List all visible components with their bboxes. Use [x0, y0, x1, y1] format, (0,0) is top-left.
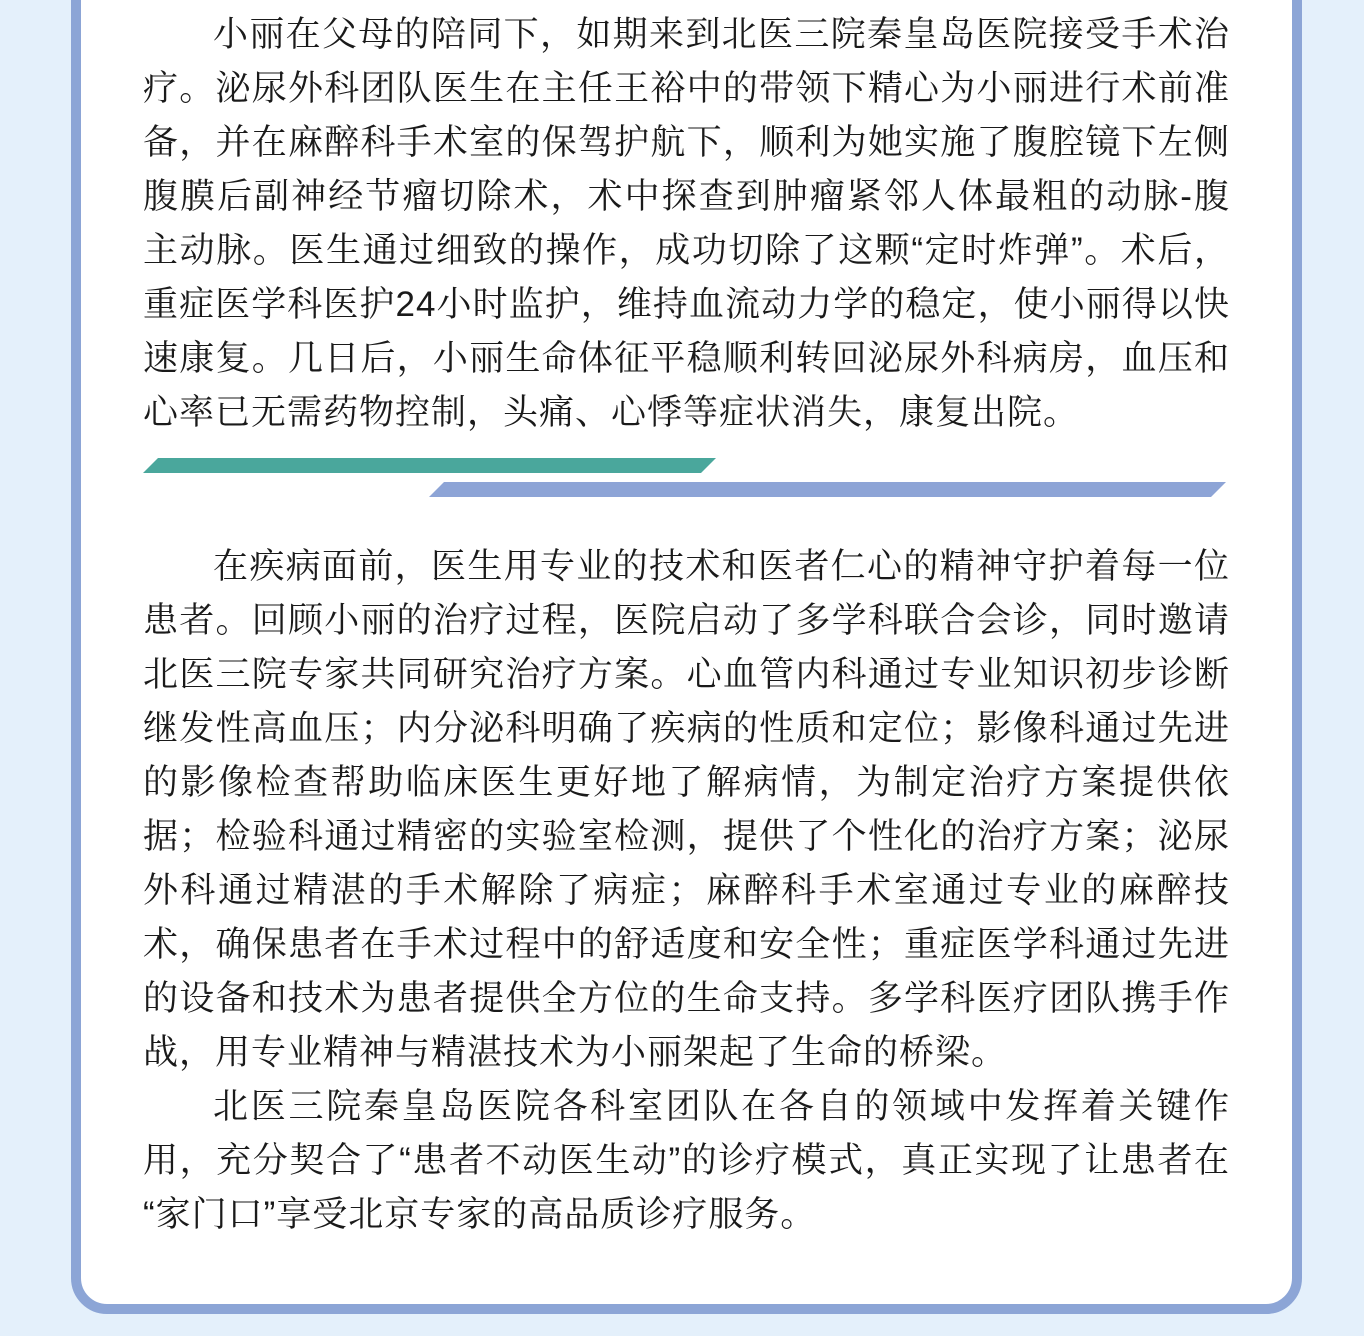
article-page: 小丽在父母的陪同下，如期来到北医三院秦皇岛医院接受手术治疗。泌尿外科团队医生在主… [0, 0, 1364, 1336]
section-divider [143, 458, 1230, 497]
paragraph-surgery-story: 小丽在父母的陪同下，如期来到北医三院秦皇岛医院接受手术治疗。泌尿外科团队医生在主… [143, 8, 1230, 440]
article-content: 小丽在父母的陪同下，如期来到北医三院秦皇岛医院接受手术治疗。泌尿外科团队医生在主… [81, 0, 1292, 1304]
divider-blue-bar [429, 482, 1226, 497]
paragraph-conclusion: 北医三院秦皇岛医院各科室团队在各自的领域中发挥着关键作用，充分契合了“患者不动医… [143, 1080, 1230, 1242]
article-card: 小丽在父母的陪同下，如期来到北医三院秦皇岛医院接受手术治疗。泌尿外科团队医生在主… [71, 0, 1302, 1314]
paragraph-multidisciplinary-care: 在疾病面前，医生用专业的技术和医者仁心的精神守护着每一位患者。回顾小丽的治疗过程… [143, 540, 1230, 1080]
divider-teal-bar [143, 458, 716, 473]
